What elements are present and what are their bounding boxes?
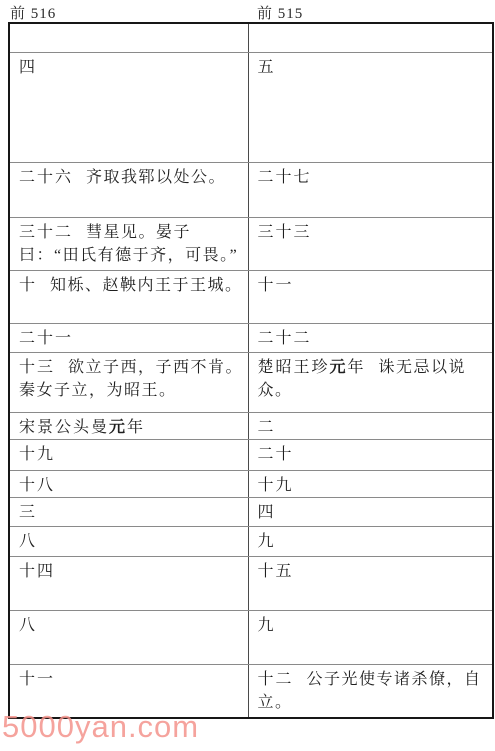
table-row: 四五 [9, 52, 493, 162]
table-row: 宋景公头曼元年二 [9, 412, 493, 439]
table-row: 十三欲立子西，子西不肯。秦女子立，为昭王。楚昭王珍元年诛无忌以说众。 [9, 352, 493, 412]
year-number: 十三 [19, 359, 55, 376]
column-year-label-right: 前 515 [257, 2, 303, 23]
year-number: 十九 [19, 446, 55, 463]
year-cell-left: 三 [9, 497, 248, 526]
year-cell-right: 十一 [248, 270, 493, 323]
year-cell-left: 十三欲立子西，子西不肯。秦女子立，为昭王。 [9, 352, 248, 412]
year-cell-right: 十五 [248, 556, 493, 610]
table-row: 三四 [9, 497, 493, 526]
year-cell-right: 九 [248, 526, 493, 556]
year-number: 三十二 [19, 224, 73, 241]
accession-yuan-bold: 元 [109, 419, 127, 436]
event-text: 齐取我郓以处公。 [86, 169, 226, 186]
table-row: 八九 [9, 610, 493, 664]
year-number: 三 [19, 504, 37, 521]
year-cell-left: 十知栎、赵鞅内王于王城。 [9, 270, 248, 323]
year-cell-right: 九 [248, 610, 493, 664]
year-cell-left: 三十二彗星见。晏子曰：“田氏有德于齐，可畏。” [9, 217, 248, 270]
year-cell-right: 十九 [248, 470, 493, 497]
year-number: 二十一 [19, 330, 73, 347]
year-number: 十一 [19, 671, 55, 688]
table-row: 二十六齐取我郓以处公。二十七 [9, 162, 493, 217]
year-number: 十八 [19, 477, 55, 494]
year-cell-left [9, 23, 248, 52]
year-number: 九 [258, 617, 276, 634]
table-row: 十九二十 [9, 439, 493, 470]
year-cell-left: 二十六齐取我郓以处公。 [9, 162, 248, 217]
year-number: 三十三 [258, 224, 312, 241]
year-number: 四 [258, 504, 276, 521]
table-row: 十八十九 [9, 470, 493, 497]
table-row: 十一十二公子光使专诸杀僚，自立。 [9, 664, 493, 718]
year-number: 五 [258, 59, 276, 76]
year-number: 八 [19, 533, 37, 550]
table-row: 三十二彗星见。晏子曰：“田氏有德于齐，可畏。”三十三 [9, 217, 493, 270]
year-number: 二十二 [258, 330, 312, 347]
year-cell-right: 三十三 [248, 217, 493, 270]
table-row: 八九 [9, 526, 493, 556]
year-cell-right: 二 [248, 412, 493, 439]
year-number: 二十六 [19, 169, 73, 186]
year-cell-right: 二十 [248, 439, 493, 470]
year-number: 十五 [258, 563, 294, 580]
year-table-body: 四五二十六齐取我郓以处公。二十七三十二彗星见。晏子曰：“田氏有德于齐，可畏。”三… [9, 23, 493, 718]
year-cell-right: 二十七 [248, 162, 493, 217]
year-cell-right: 十二公子光使专诸杀僚，自立。 [248, 664, 493, 718]
year-cell-left: 四 [9, 52, 248, 162]
table-row: 十知栎、赵鞅内王于王城。十一 [9, 270, 493, 323]
table-row: 十四十五 [9, 556, 493, 610]
chronology-table: 四五二十六齐取我郓以处公。二十七三十二彗星见。晏子曰：“田氏有德于齐，可畏。”三… [8, 22, 494, 719]
year-number: 四 [19, 59, 37, 76]
year-number: 八 [19, 617, 37, 634]
year-cell-left: 宋景公头曼元年 [9, 412, 248, 439]
year-cell-right: 楚昭王珍元年诛无忌以说众。 [248, 352, 493, 412]
year-cell-right: 二十二 [248, 323, 493, 352]
year-cell-left: 十九 [9, 439, 248, 470]
year-number: 宋景公头曼元年 [19, 419, 145, 436]
year-number: 十 [19, 277, 37, 294]
year-number: 二十 [258, 446, 294, 463]
table-row: 二十一二十二 [9, 323, 493, 352]
year-cell-left: 二十一 [9, 323, 248, 352]
event-text: 知栎、赵鞅内王于王城。 [50, 277, 243, 294]
year-number: 楚昭王珍元年 [258, 359, 366, 376]
table-row [9, 23, 493, 52]
year-cell-left: 八 [9, 610, 248, 664]
column-year-label-left: 前 516 [10, 2, 56, 23]
year-cell-left: 十四 [9, 556, 248, 610]
year-cell-left: 八 [9, 526, 248, 556]
year-number: 十四 [19, 563, 55, 580]
year-cell-right [248, 23, 493, 52]
year-number: 二 [258, 419, 276, 436]
year-number: 二十七 [258, 169, 312, 186]
year-cell-left: 十八 [9, 470, 248, 497]
year-number: 九 [258, 533, 276, 550]
year-cell-right: 五 [248, 52, 493, 162]
year-number: 十二 [258, 671, 294, 688]
year-number: 十九 [258, 477, 294, 494]
accession-yuan-bold: 元 [330, 359, 348, 376]
year-cell-left: 十一 [9, 664, 248, 718]
year-number: 十一 [258, 277, 294, 294]
year-cell-right: 四 [248, 497, 493, 526]
